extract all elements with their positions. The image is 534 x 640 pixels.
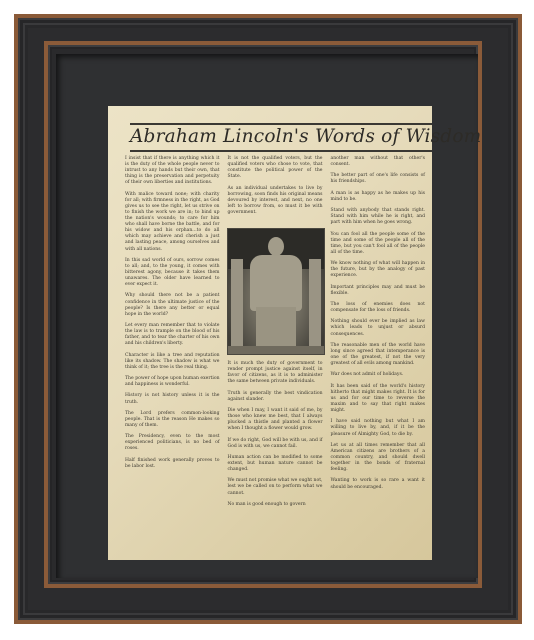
- quote-paragraph: The power of hope upon human exertion an…: [125, 376, 220, 388]
- quote-paragraph: Character is like a tree and reputation …: [125, 353, 220, 371]
- quote-column-2-top: It is not the qualified voters, but the …: [228, 156, 323, 216]
- quote-paragraph: History is not history unless it is the …: [125, 393, 220, 405]
- quote-column-2: It is not the qualified voters, but the …: [228, 156, 323, 556]
- quote-columns: I insist that if there is anything which…: [125, 156, 425, 556]
- quote-paragraph: Wanting to work is so rare a want it sho…: [331, 478, 426, 490]
- quote-paragraph: In this sad world of ours, sorrow comes …: [125, 258, 220, 288]
- quote-paragraph: With malice toward none; with charity fo…: [125, 192, 220, 253]
- quote-paragraph: Human action can be modified to some ext…: [228, 455, 323, 473]
- quote-paragraph: Why should there not be a patient confid…: [125, 293, 220, 317]
- quote-paragraph: A man is as happy as he makes up his min…: [331, 191, 426, 203]
- portrait-figure-head: [268, 237, 284, 256]
- quote-paragraph: The better part of one's life consists o…: [331, 173, 426, 185]
- quote-paragraph: You can fool all the people some of the …: [331, 232, 426, 256]
- portrait-base: [228, 346, 324, 354]
- quote-column-1: I insist that if there is anything which…: [125, 156, 220, 556]
- quote-paragraph: Die when I may, I want it said of me, by…: [228, 408, 323, 432]
- quote-paragraph: Let us at all times remember that all Am…: [331, 443, 426, 473]
- quote-paragraph: I have said nothing but what I am willin…: [331, 419, 426, 437]
- quote-paragraph: Stand with anybody that stands right. St…: [331, 208, 426, 226]
- quote-paragraph: We know nothing of what will happen in t…: [331, 261, 426, 279]
- quote-column-2-bottom: It is much the duty of government to ren…: [228, 361, 323, 508]
- poster-paper: Abraham Lincoln's Words of Wisdom I insi…: [108, 106, 432, 560]
- lincoln-memorial-image: [227, 228, 325, 355]
- quote-paragraph: No man is good enough to govern: [228, 502, 323, 508]
- portrait-figure-body: [250, 255, 302, 311]
- quote-paragraph: The reasonable men of the world have lon…: [331, 343, 426, 367]
- quote-paragraph: The Lord prefers common-looking people. …: [125, 411, 220, 429]
- quote-paragraph: another man without that other's consent…: [331, 156, 426, 168]
- portrait-chair-left: [231, 259, 243, 354]
- quote-paragraph: As an individual undertakes to live by b…: [228, 186, 323, 216]
- quote-paragraph: Half finished work generally proves to b…: [125, 458, 220, 470]
- quote-paragraph: Let every man remember that to violate t…: [125, 323, 220, 347]
- portrait-figure-legs: [256, 307, 296, 347]
- poster-title: Abraham Lincoln's Words of Wisdom: [130, 125, 432, 149]
- quote-paragraph: War does not admit of holidays.: [331, 372, 426, 378]
- portrait-chair-right: [309, 259, 321, 354]
- quote-paragraph: It is not the qualified voters, but the …: [228, 156, 323, 180]
- quote-paragraph: It is much the duty of government to ren…: [228, 361, 323, 385]
- quote-paragraph: We must not promise what we ought not, l…: [228, 478, 323, 496]
- quote-paragraph: Nothing should ever be implied as law wh…: [331, 319, 426, 337]
- quote-paragraph: I insist that if there is anything which…: [125, 156, 220, 186]
- quote-paragraph: If we do right, God will be with us, and…: [228, 438, 323, 450]
- title-rule-bottom: [130, 150, 432, 152]
- quote-paragraph: The loss of enemies does not compensate …: [331, 302, 426, 314]
- quote-paragraph: Truth is generally the best vindication …: [228, 391, 323, 403]
- quote-paragraph: It has been said of the world's history …: [331, 384, 426, 414]
- quote-column-3: another man without that other's consent…: [331, 156, 426, 556]
- quote-paragraph: Important principles may and must be fle…: [331, 285, 426, 297]
- quote-paragraph: The Presidency, even to the most experie…: [125, 434, 220, 452]
